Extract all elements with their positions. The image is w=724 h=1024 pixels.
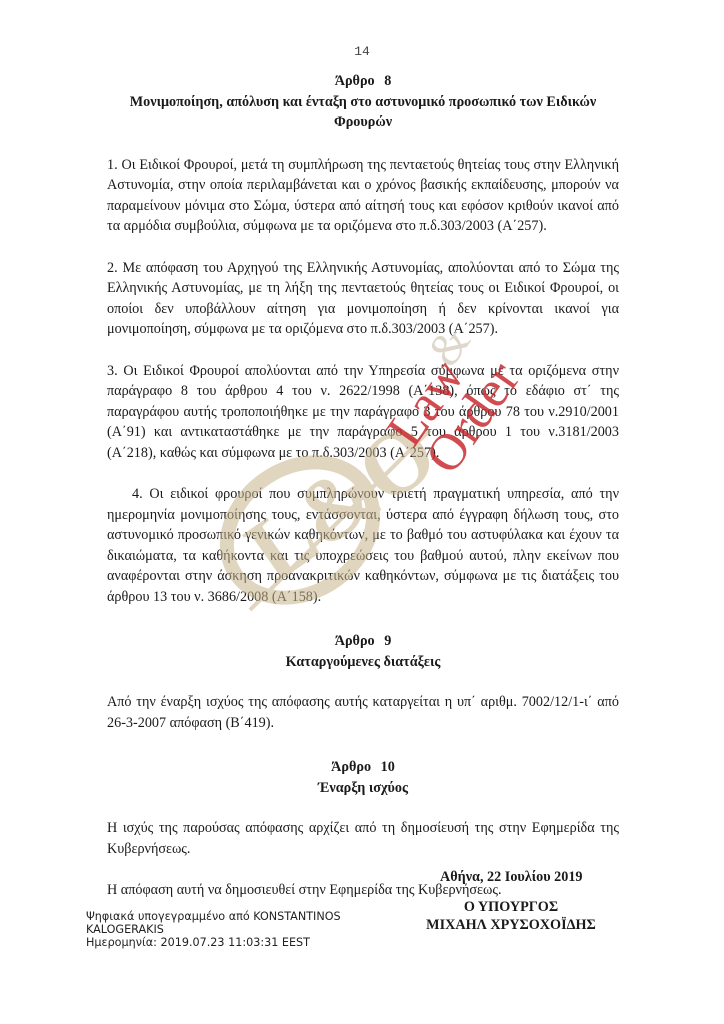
article-10-label: Άρθρο 10 xyxy=(107,757,619,778)
digital-signature-signer-cont: KALOGERAKIS xyxy=(86,923,341,936)
article-10-heading: Άρθρο 10 Έναρξη ισχύος xyxy=(107,757,619,798)
article-8-title-cont: Φρουρών xyxy=(107,112,619,133)
minister-name: ΜΙΧΑΗΛ ΧΡΥΣΟΧΟΪΔΗΣ xyxy=(412,916,610,934)
article-8-paragraph-4: 4. Οι ειδικοί φρουροί που συμπληρώνουν τ… xyxy=(107,484,619,607)
article-8-label: Άρθρο 8 xyxy=(107,71,619,92)
article-9-paragraph-1: Από την έναρξη ισχύος της απόφασης αυτής… xyxy=(107,692,619,733)
article-9-title: Καταργούμενες διατάξεις xyxy=(107,652,619,673)
digital-signature-signer: Ψηφιακά υπογεγραμμένο από KONSTANTINOS xyxy=(86,910,341,923)
page-number: 14 xyxy=(0,44,724,59)
article-8-paragraph-1: 1. Οι Ειδικοί Φρουροί, μετά τη συμπλήρωσ… xyxy=(107,155,619,237)
digital-signature: Ψηφιακά υπογεγραμμένο από KONSTANTINOS K… xyxy=(86,910,341,949)
digital-signature-date: Ημερομηνία: 2019.07.23 11:03:31 EEST xyxy=(86,936,341,949)
document-page: 14 Άρθρο 8 Μονιμοποίηση, απόλυση και έντ… xyxy=(0,0,724,1024)
article-10-title: Έναρξη ισχύος xyxy=(107,778,619,799)
place-and-date: Αθήνα, 22 Ιουλίου 2019 xyxy=(440,869,583,886)
article-8-paragraph-3: 3. Οι Ειδικοί Φρουροί απολύονται από την… xyxy=(107,361,619,464)
article-9-heading: Άρθρο 9 Καταργούμενες διατάξεις xyxy=(107,631,619,672)
article-9-label: Άρθρο 9 xyxy=(107,631,619,652)
article-8-paragraph-2: 2. Με απόφαση του Αρχηγού της Ελληνικής … xyxy=(107,258,619,340)
minister-role: Ο ΥΠΟΥΡΓΟΣ xyxy=(412,898,610,916)
article-8-heading: Άρθρο 8 Μονιμοποίηση, απόλυση και ένταξη… xyxy=(107,71,619,133)
article-8-title: Μονιμοποίηση, απόλυση και ένταξη στο αστ… xyxy=(107,92,619,113)
minister-signature-block: Ο ΥΠΟΥΡΓΟΣ ΜΙΧΑΗΛ ΧΡΥΣΟΧΟΪΔΗΣ xyxy=(412,898,610,934)
article-10-paragraph-1: Η ισχύς της παρούσας απόφασης αρχίζει απ… xyxy=(107,818,619,859)
document-body: Άρθρο 8 Μονιμοποίηση, απόλυση και ένταξη… xyxy=(107,71,619,901)
